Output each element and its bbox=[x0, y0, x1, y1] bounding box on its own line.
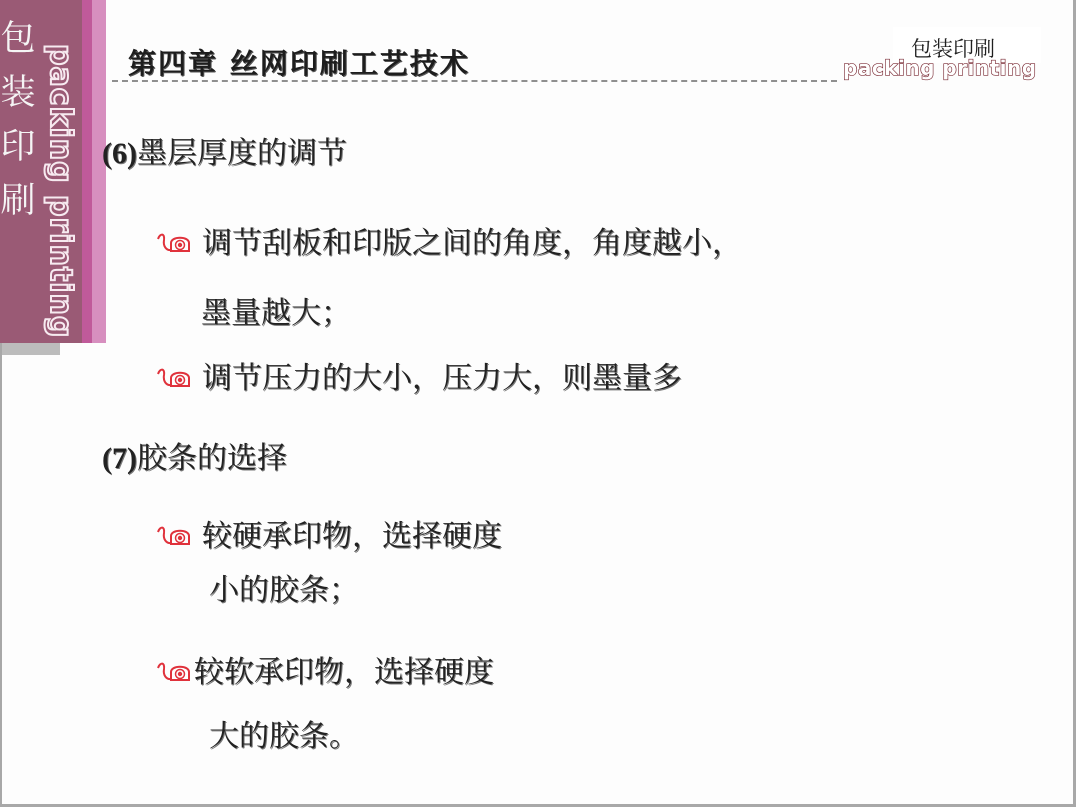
section-number: (7) bbox=[102, 442, 137, 475]
brand-english: packing printing bbox=[843, 56, 1037, 80]
bullet-continuation: 小的胶条； bbox=[209, 565, 359, 609]
bullet-text: 调节压力的大小，压力大，则墨量多 bbox=[202, 353, 682, 397]
bullet-text: 较硬承印物，选择硬度 bbox=[202, 511, 502, 555]
telephone-bullet-icon bbox=[156, 521, 196, 545]
bullet-item: 调节刮板和印版之间的角度，角度越小， bbox=[156, 218, 742, 262]
section-number: (6) bbox=[102, 137, 137, 170]
bullet-continuation: 墨量越大； bbox=[201, 288, 351, 332]
sidebar-char: 刷 bbox=[0, 174, 36, 228]
bullet-item: 较硬承印物，选择硬度 bbox=[156, 511, 502, 555]
bullet-item: 较软承印物，选择硬度 bbox=[156, 647, 494, 691]
sidebar-english-title: packing printing bbox=[40, 44, 80, 344]
telephone-bullet-icon bbox=[156, 363, 196, 387]
telephone-bullet-icon bbox=[156, 657, 196, 681]
bullet-text: 较软承印物，选择硬度 bbox=[194, 647, 494, 691]
sidebar-char: 印 bbox=[0, 120, 36, 174]
sidebar-shadow bbox=[2, 343, 60, 355]
bullet-continuation: 大的胶条。 bbox=[209, 711, 359, 755]
section-heading-6: (6)墨层厚度的调节 bbox=[102, 128, 347, 172]
bullet-text: 调节刮板和印版之间的角度，角度越小， bbox=[202, 218, 742, 262]
section-title: 墨层厚度的调节 bbox=[137, 136, 347, 171]
bullet-item: 调节压力的大小，压力大，则墨量多 bbox=[156, 353, 682, 397]
header-dashed-divider bbox=[112, 80, 837, 82]
sidebar-char: 包 bbox=[0, 12, 36, 66]
sidebar-banner: 包 装 印 刷 packing printing bbox=[0, 0, 106, 343]
sidebar-stripe bbox=[82, 0, 92, 343]
telephone-bullet-icon bbox=[156, 228, 196, 252]
chapter-title: 第四章 丝网印刷工艺技术 bbox=[128, 42, 470, 82]
sidebar-char: 装 bbox=[0, 66, 36, 120]
section-title: 胶条的选择 bbox=[137, 441, 287, 476]
section-heading-7: (7)胶条的选择 bbox=[102, 433, 287, 477]
sidebar-chinese-title: 包 装 印 刷 bbox=[0, 12, 36, 228]
